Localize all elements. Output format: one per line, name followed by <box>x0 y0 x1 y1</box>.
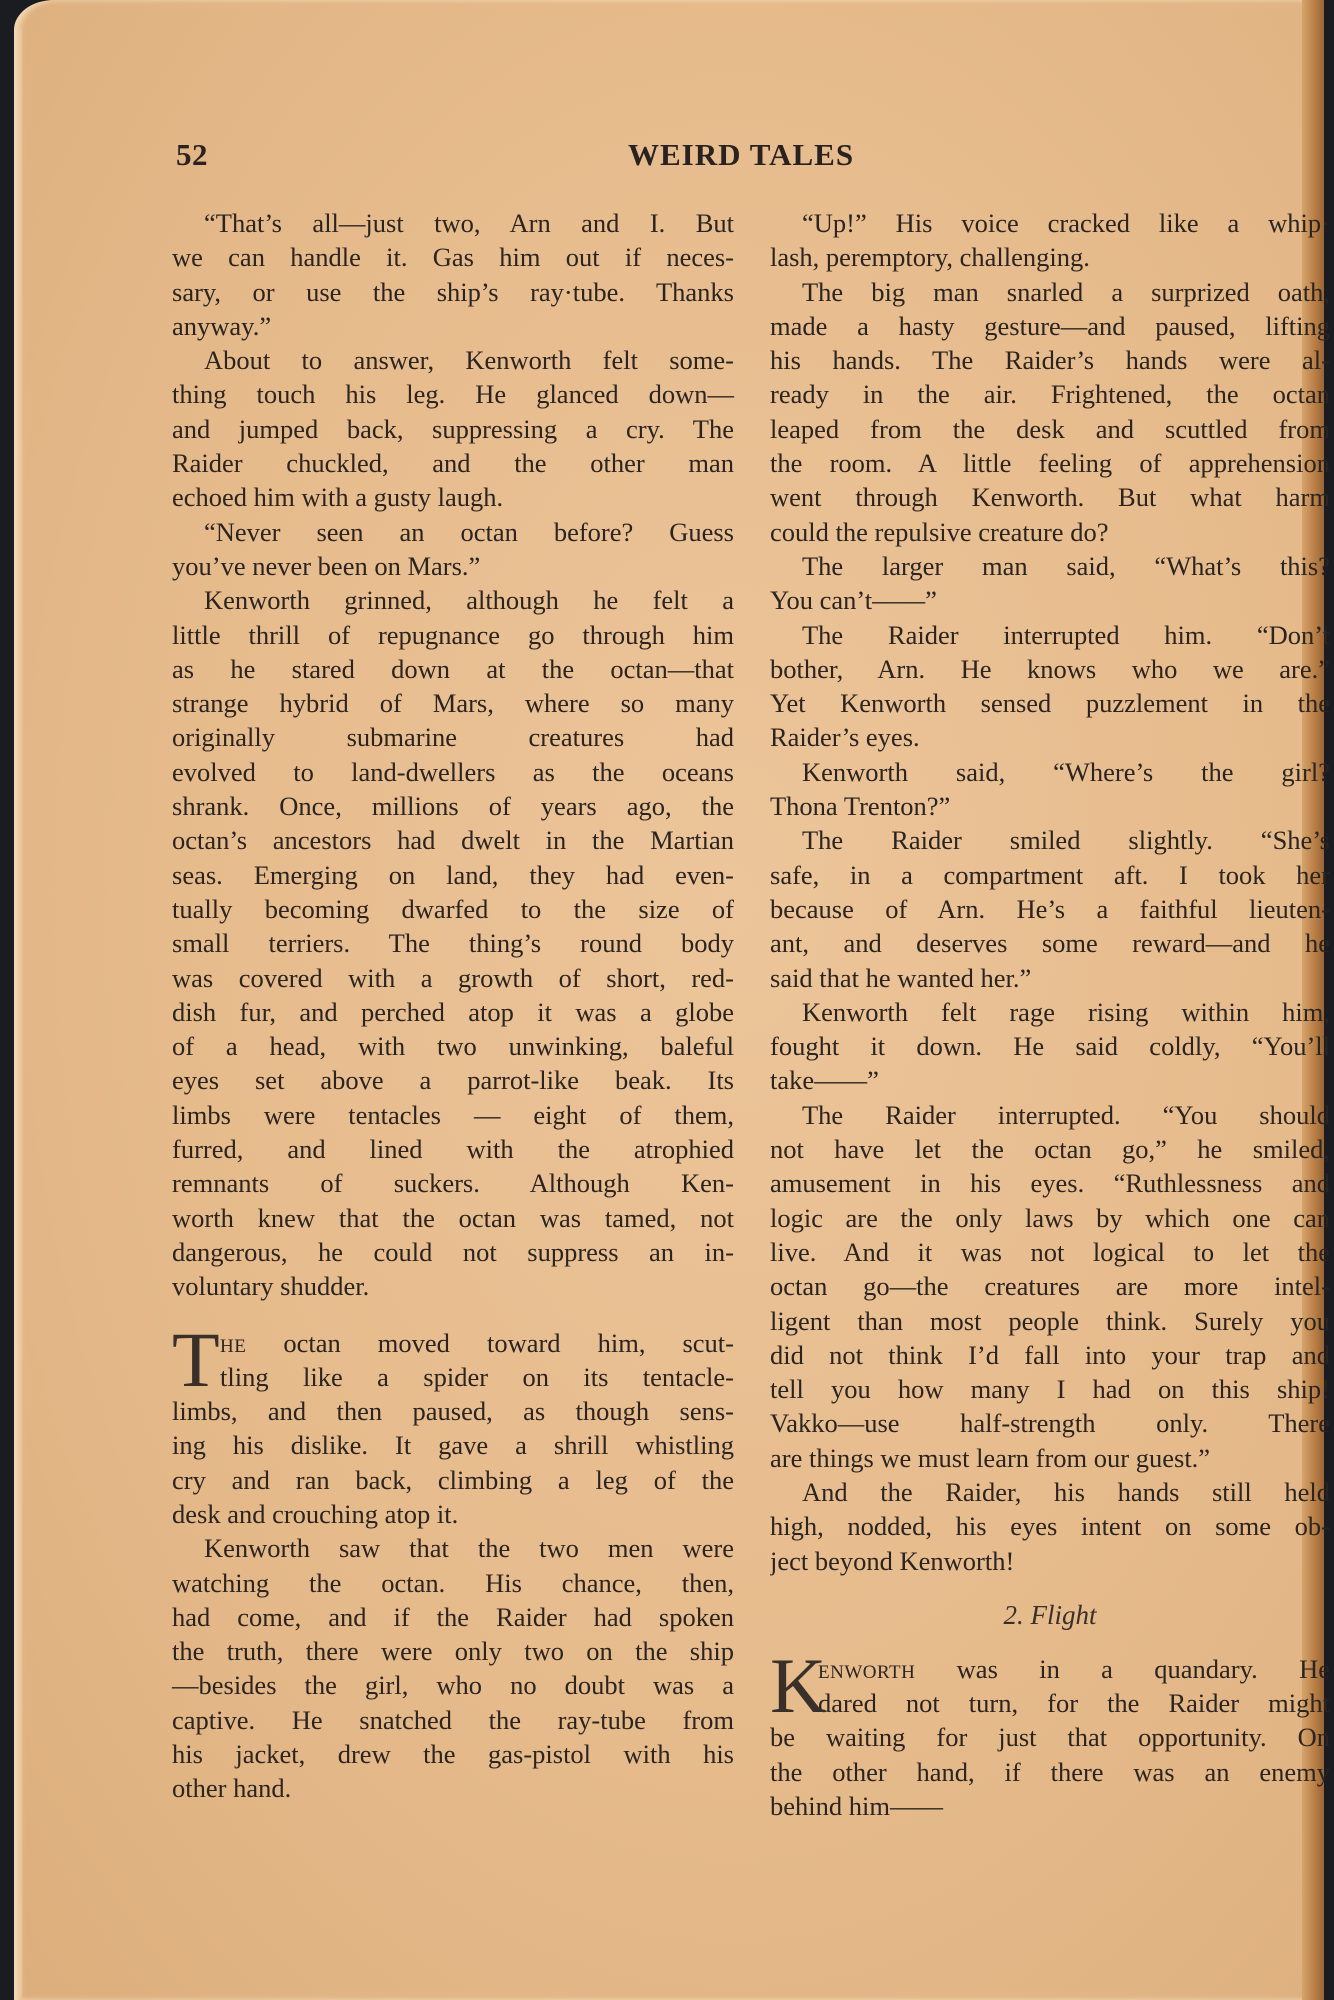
text-line: amusement in his eyes. “Ruthlessness and <box>770 1166 1330 1200</box>
text-line: The Raider interrupted. “You should <box>770 1098 1330 1132</box>
text-line: logic are the only laws by which one can <box>770 1201 1330 1235</box>
text-fragment: was in a quandary. He <box>915 1654 1330 1684</box>
paragraph: About to answer, Kenworth felt some- thi… <box>172 343 734 514</box>
text-line: behind him—— <box>770 1789 1330 1823</box>
text-line: The Raider interrupted him. “Don’t <box>770 618 1330 652</box>
paragraph: The larger man said, “What’s this? You c… <box>770 549 1330 618</box>
text-line: tling like a spider on its tentacle- <box>172 1360 734 1394</box>
text-line: worth knew that the octan was tamed, not <box>172 1201 734 1235</box>
text-line: we can handle it. Gas him out if neces- <box>172 240 734 274</box>
text-line: fought it down. He said coldly, “You’ll <box>770 1029 1330 1063</box>
text-line: you’ve never been on Mars.” <box>172 549 734 583</box>
text-line: dangerous, he could not suppress an in- <box>172 1235 734 1269</box>
text-line: voluntary shudder. <box>172 1269 734 1303</box>
text-line: shrank. Once, millions of years ago, the <box>172 789 734 823</box>
text-line: The larger man said, “What’s this? <box>770 549 1330 583</box>
text-line: take——” <box>770 1063 1330 1097</box>
text-line: anyway.” <box>172 309 734 343</box>
text-line: small terriers. The thing’s round body <box>172 926 734 960</box>
paragraph: Kenworth grinned, although he felt a lit… <box>172 583 734 1303</box>
paragraph: Kenworth said, “Where’s the girl? Thona … <box>770 755 1330 824</box>
text-line: limbs were tentacles — eight of them, <box>172 1098 734 1132</box>
text-line: his hands. The Raider’s hands were al- <box>770 343 1330 377</box>
paragraph-with-drop-cap: K enworth was in a quandary. He dared no… <box>770 1652 1330 1823</box>
text-line: Kenworth saw that the two men were <box>172 1531 734 1565</box>
text-line: could the repulsive creature do? <box>770 515 1330 549</box>
text-line: leaped from the desk and scuttled from <box>770 412 1330 446</box>
text-line: watching the octan. His chance, then, <box>172 1566 734 1600</box>
page-left-edge <box>14 30 22 2000</box>
text-line: as he stared down at the octan—that <box>172 652 734 686</box>
text-line: Raider’s eyes. <box>770 720 1330 754</box>
text-line: Raider chuckled, and the other man <box>172 446 734 480</box>
text-line: had come, and if the Raider had spoken <box>172 1600 734 1634</box>
text-line: bother, Arn. He knows who we are.” <box>770 652 1330 686</box>
text-line: not have let the octan go,” he smiled, <box>770 1132 1330 1166</box>
text-line: and jumped back, suppressing a cry. The <box>172 412 734 446</box>
text-line: the room. A little feeling of apprehensi… <box>770 446 1330 480</box>
text-line: “That’s all—just two, Arn and I. But <box>172 206 734 240</box>
paragraph: “Up!” His voice cracked like a whip· las… <box>770 206 1330 275</box>
text-line: he octan moved toward him, scut- <box>172 1326 734 1360</box>
text-line: Vakko—use half-strength only. There <box>770 1406 1330 1440</box>
text-line: —besides the girl, who no doubt was a <box>172 1668 734 1702</box>
paragraph: And the Raider, his hands still held hig… <box>770 1475 1330 1578</box>
text-line: octan go—the creatures are more intel- <box>770 1269 1330 1303</box>
text-line: The Raider smiled slightly. “She’s <box>770 823 1330 857</box>
text-line: enworth was in a quandary. He <box>770 1652 1330 1686</box>
paragraph: “Never seen an octan before? Guess you’v… <box>172 515 734 584</box>
drop-cap: K <box>770 1654 826 1718</box>
text-fragment: octan moved toward him, scut- <box>246 1328 734 1358</box>
text-line: went through Kenworth. But what harm <box>770 480 1330 514</box>
text-line: the other hand, if there was an enemy <box>770 1755 1330 1789</box>
text-line: high, nodded, his eyes intent on some ob… <box>770 1509 1330 1543</box>
text-line: of a head, with two unwinking, baleful <box>172 1029 734 1063</box>
paragraph: Kenworth saw that the two men were watch… <box>172 1531 734 1805</box>
text-line: lash, peremptory, challenging. <box>770 240 1330 274</box>
text-line: tell you how many I had on this ship! <box>770 1372 1330 1406</box>
paragraph: Kenworth felt rage rising within him, fo… <box>770 995 1330 1098</box>
paragraph: The Raider smiled slightly. “She’s safe,… <box>770 823 1330 994</box>
text-line: Yet Kenworth sensed puzzlement in the <box>770 686 1330 720</box>
text-line: Kenworth said, “Where’s the girl? <box>770 755 1330 789</box>
text-line: the truth, there were only two on the sh… <box>172 1634 734 1668</box>
text-line: be waiting for just that opportunity. On <box>770 1720 1330 1754</box>
text-column-left: “That’s all—just two, Arn and I. But we … <box>172 206 734 1806</box>
text-line: sary, or use the ship’s ray·tube. Thanks <box>172 275 734 309</box>
text-line: And the Raider, his hands still held <box>770 1475 1330 1509</box>
text-line: dish fur, and perched atop it was a glob… <box>172 995 734 1029</box>
paragraph: The Raider interrupted him. “Don’t bothe… <box>770 618 1330 755</box>
text-line: You can’t——” <box>770 583 1330 617</box>
text-line: safe, in a compartment aft. I took her <box>770 858 1330 892</box>
section-heading: 2. Flight <box>770 1594 1330 1636</box>
text-line: other hand. <box>172 1771 734 1805</box>
text-line: originally submarine creatures had <box>172 720 734 754</box>
text-line: echoed him with a gusty laugh. <box>172 480 734 514</box>
text-line: little thrill of repugnance go through h… <box>172 618 734 652</box>
text-line: strange hybrid of Mars, where so many <box>172 686 734 720</box>
text-line: ing his dislike. It gave a shrill whistl… <box>172 1428 734 1462</box>
text-column-right: “Up!” His voice cracked like a whip· las… <box>770 206 1330 1823</box>
text-line: made a hasty gesture—and paused, lifting <box>770 309 1330 343</box>
text-line: live. And it was not logical to let the <box>770 1235 1330 1269</box>
text-line: did not think I’d fall into your trap an… <box>770 1338 1330 1372</box>
paragraph: The Raider interrupted. “You should not … <box>770 1098 1330 1475</box>
text-line: because of Arn. He’s a faithful lieuten- <box>770 892 1330 926</box>
text-line: dared not turn, for the Raider might <box>770 1686 1330 1720</box>
text-line: said that he wanted her.” <box>770 961 1330 995</box>
text-line: desk and crouching atop it. <box>172 1497 734 1531</box>
text-line: About to answer, Kenworth felt some- <box>172 343 734 377</box>
text-line: Thona Trenton?” <box>770 789 1330 823</box>
text-line: limbs, and then paused, as though sens- <box>172 1394 734 1428</box>
text-line: are things we must learn from our guest.… <box>770 1441 1330 1475</box>
text-line: remnants of suckers. Although Ken- <box>172 1166 734 1200</box>
paragraph-with-drop-cap: T he octan moved toward him, scut- tling… <box>172 1326 734 1532</box>
small-caps-lead: he <box>220 1328 246 1358</box>
text-line: cry and ran back, climbing a leg of the <box>172 1463 734 1497</box>
text-line: Kenworth felt rage rising within him, <box>770 995 1330 1029</box>
page-number: 52 <box>176 137 208 177</box>
text-line: his jacket, drew the gas-pistol with his <box>172 1737 734 1771</box>
text-line: furred, and lined with the atrophied <box>172 1132 734 1166</box>
text-line: Kenworth grinned, although he felt a <box>172 583 734 617</box>
text-line: thing touch his leg. He glanced down— <box>172 377 734 411</box>
text-line: eyes set above a parrot-like beak. Its <box>172 1063 734 1097</box>
text-line: seas. Emerging on land, they had even- <box>172 858 734 892</box>
text-line: ant, and deserves some reward—and he <box>770 926 1330 960</box>
running-title: WEIRD TALES <box>628 137 854 177</box>
text-line: ject beyond Kenworth! <box>770 1544 1330 1578</box>
text-line: octan’s ancestors had dwelt in the Marti… <box>172 823 734 857</box>
text-line: “Up!” His voice cracked like a whip· <box>770 206 1330 240</box>
paragraph: “That’s all—just two, Arn and I. But we … <box>172 206 734 343</box>
small-caps-lead: enworth <box>818 1654 915 1684</box>
drop-cap: T <box>172 1328 220 1392</box>
text-line: captive. He snatched the ray-tube from <box>172 1703 734 1737</box>
text-line: ligent than most people think. Surely yo… <box>770 1304 1330 1338</box>
text-line: was covered with a growth of short, red- <box>172 961 734 995</box>
paragraph: The big man snarled a surprized oath, ma… <box>770 275 1330 549</box>
text-line: evolved to land-dwellers as the oceans <box>172 755 734 789</box>
text-line: tually becoming dwarfed to the size of <box>172 892 734 926</box>
text-line: ready in the air. Frightened, the octan <box>770 377 1330 411</box>
text-line: “Never seen an octan before? Guess <box>172 515 734 549</box>
text-line: The big man snarled a surprized oath, <box>770 275 1330 309</box>
